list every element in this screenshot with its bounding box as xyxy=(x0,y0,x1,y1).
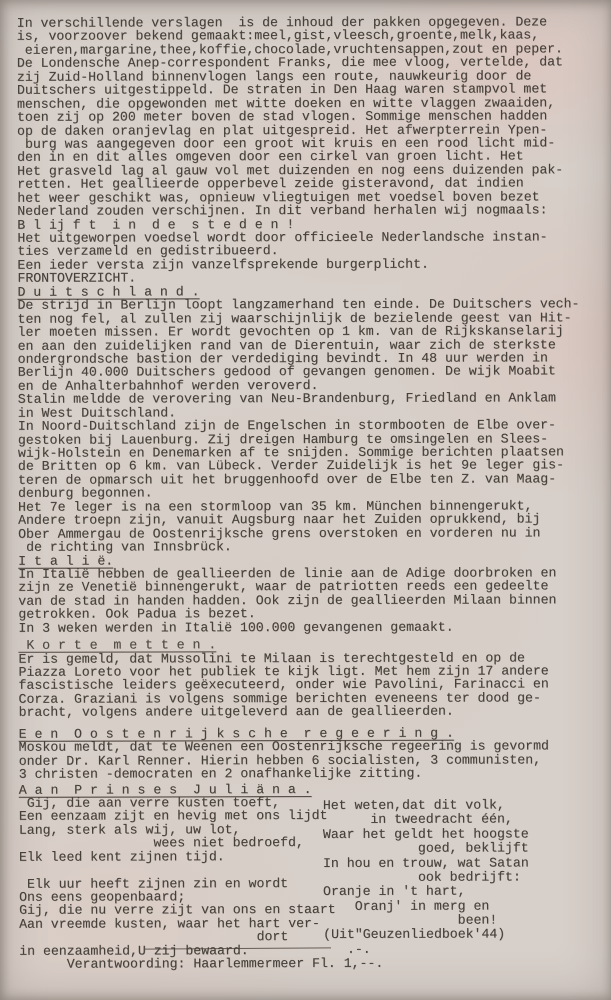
text-line: van de stad in handen hadden. Ook zijn d… xyxy=(18,593,603,608)
newsletter-scan-page: In verschillende verslagen is de inhoud … xyxy=(0,0,611,1000)
article-body: In verschillende verslagen is de inhoud … xyxy=(17,15,604,971)
text-line: goed, beklijft xyxy=(323,841,603,856)
section-germany-text: De strijd in Berlijn loopt langzamerhand… xyxy=(17,297,603,554)
text-line: in tweedracht één, xyxy=(323,813,603,828)
section-heading-korte-metten: K o r t e m e t t e n . xyxy=(18,638,216,652)
text-line: Stalin meldde de verovering van Neu-Bran… xyxy=(18,391,603,406)
poem-columns: Gij, die aan verre kusten toeft,Een eenz… xyxy=(19,795,604,958)
paragraph-food-drops: In verschillende verslagen is de inhoud … xyxy=(17,15,603,218)
footer-responsibility-line: Verantwoording: Haarlemmermeer Fl. 1,--. xyxy=(19,956,604,971)
text-line: In hou en trouw, wat Satan xyxy=(323,856,603,871)
section-italy-text: In Italië hebben de geallieerden de lini… xyxy=(18,566,603,635)
text-line: .-. xyxy=(323,942,603,957)
text-line: Het uitgeworpen voedsel wordt door offic… xyxy=(17,230,602,245)
section-heading-korte-metten-row: K o r t e m e t t e n . xyxy=(18,637,603,652)
section-austria-text: Moskou meldt, dat te Weenen een Oostenri… xyxy=(19,739,604,781)
text-line: (Uit"Geuzenliedboek'44) xyxy=(323,928,603,943)
text-line: teren de opmarsch uit het bruggenhoofd o… xyxy=(18,472,603,487)
text-line: Ober Ammergau de Oostenrijksche grens ov… xyxy=(18,526,603,541)
paragraph-distribution: Het uitgeworpen voedsel wordt door offic… xyxy=(17,230,602,272)
text-line: Nederland zouden verschijnen. In dit ver… xyxy=(17,203,602,218)
section-korte-metten-text: Er is gemeld, dat Mussolini te Milaan is… xyxy=(18,651,603,720)
text-line: Verantwoording: Haarlemmermeer Fl. 1,--. xyxy=(19,956,604,971)
text-line: Oranje in 't hart, xyxy=(323,885,603,900)
poem-right-column: Het weten,dat dit volk, in tweedracht éé… xyxy=(323,798,603,957)
